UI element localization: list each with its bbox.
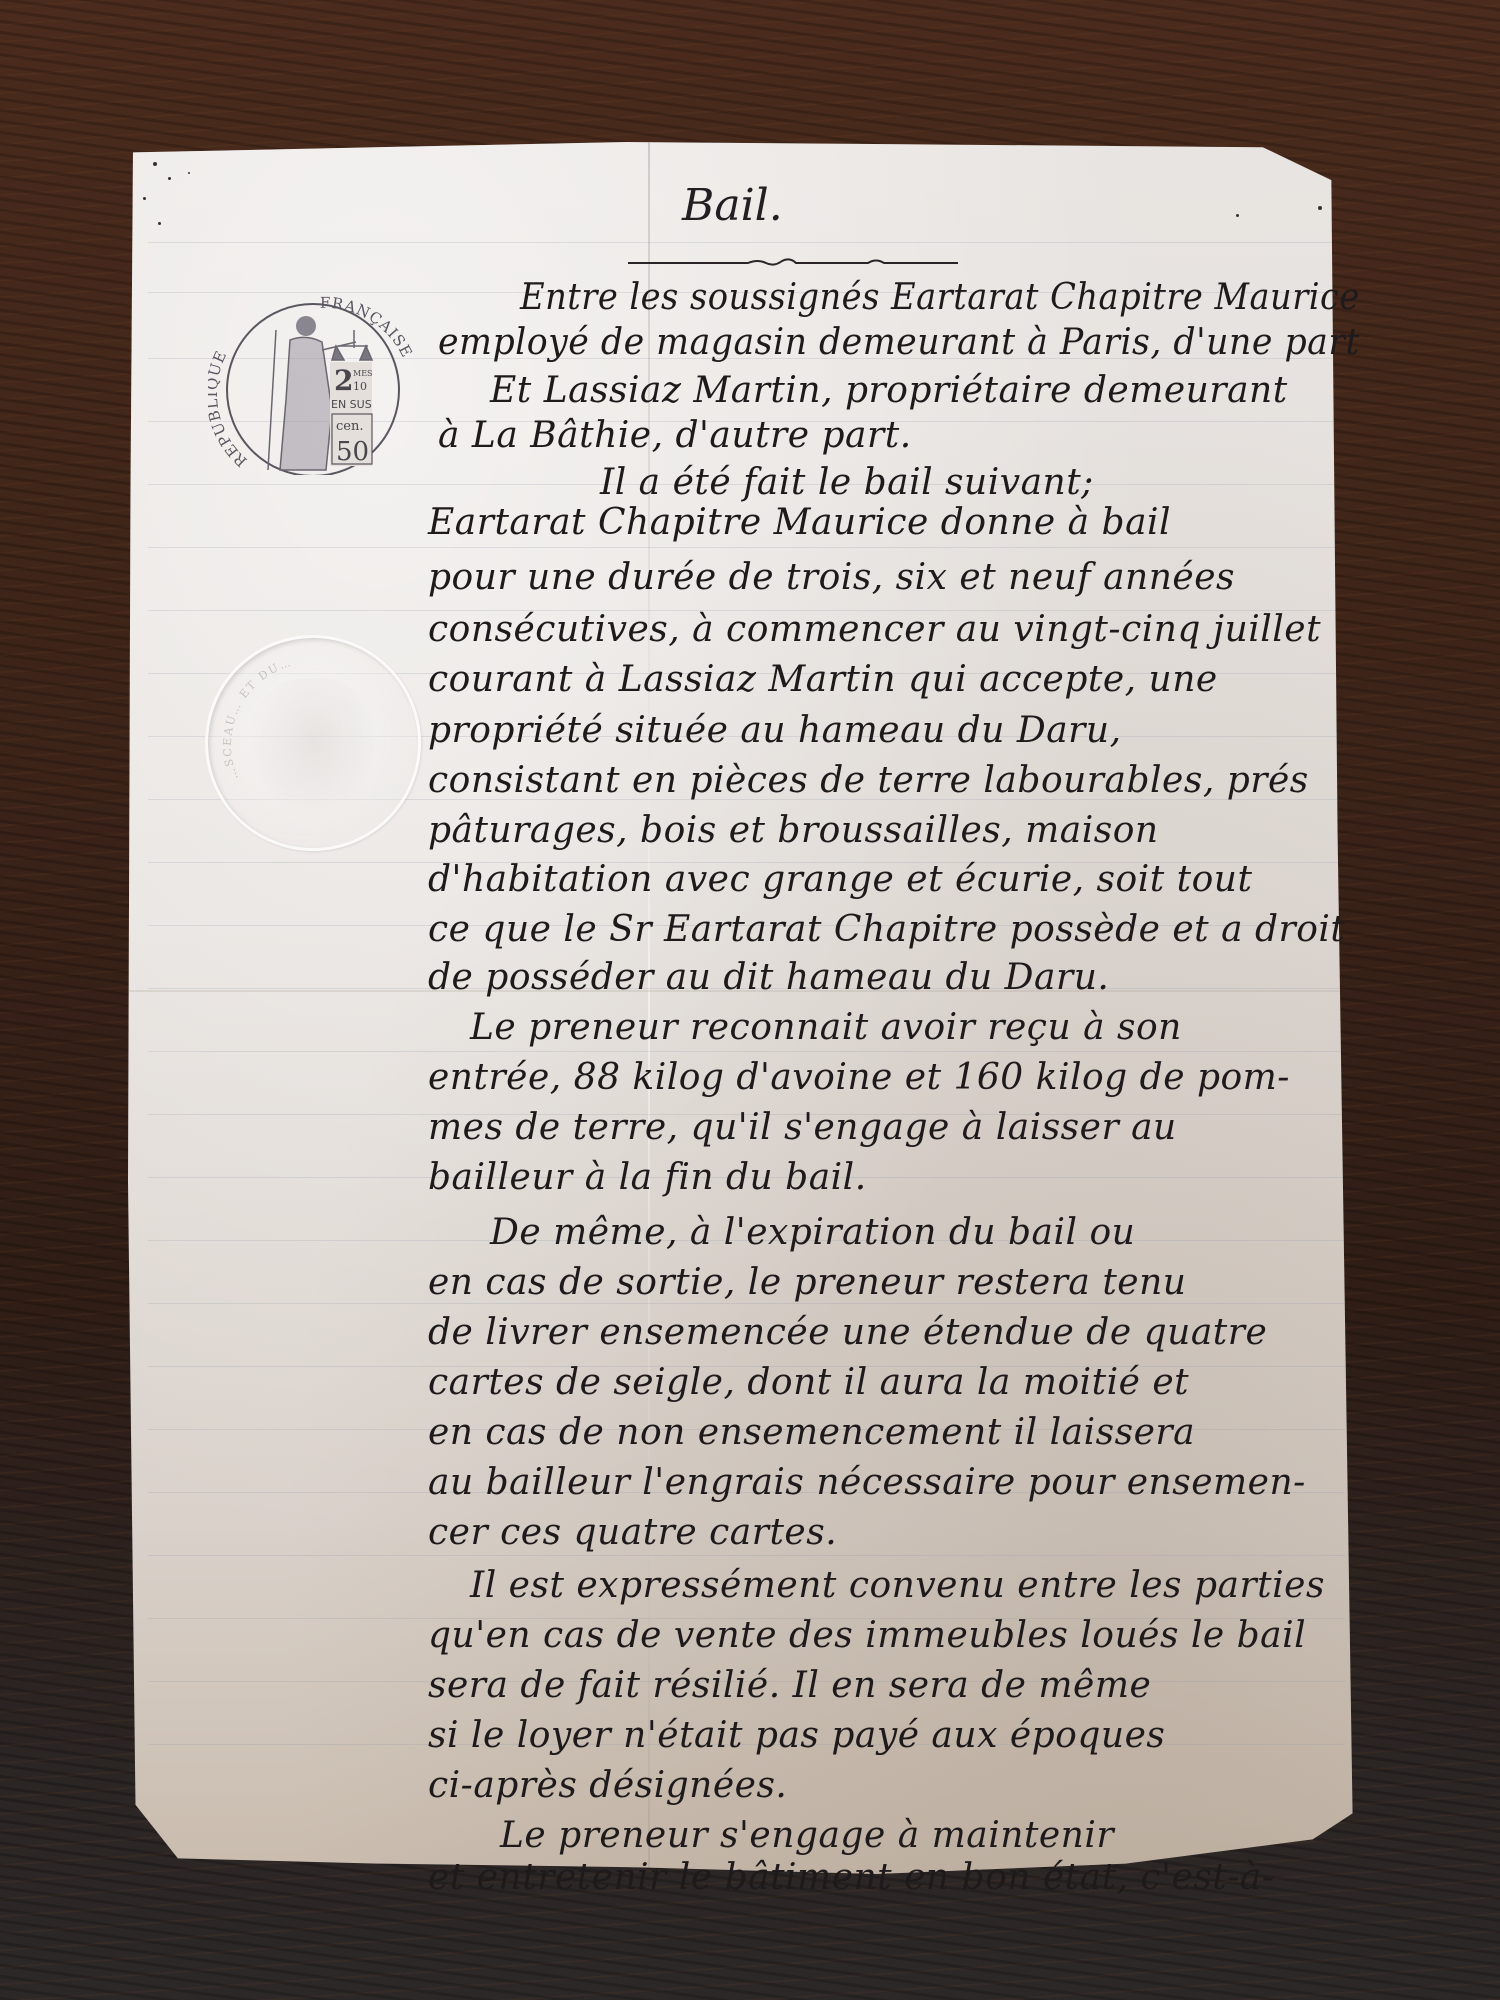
ruled-line xyxy=(148,1051,1345,1052)
stamp-en-sus: EN SUS xyxy=(331,398,372,411)
stamp-value-fraction-top: MES xyxy=(353,369,373,378)
text-line-19: bailleur à la fin du bail. xyxy=(428,1160,867,1196)
text-line-8: consécutives, à commencer au vingt-cinq … xyxy=(428,612,1321,648)
text-line-28: qu'en cas de vente des immeubles loués l… xyxy=(428,1618,1306,1654)
revenue-stamp: REPUBLIQUE FRANÇAISE 2 MES 10 EN SUS cen… xyxy=(208,290,418,475)
text-line-33: et entretenir le bâtiment en bon état, c… xyxy=(428,1860,1275,1896)
text-line-11: consistant en pièces de terre labourable… xyxy=(428,763,1309,799)
ruled-line xyxy=(148,1303,1345,1304)
text-line-6: Eartarat Chapitre Maurice donne à bail xyxy=(428,505,1171,541)
text-line-18: mes de terre, qu'il s'engage à laisser a… xyxy=(428,1110,1177,1146)
text-line-12: pâturages, bois et broussailles, maison xyxy=(428,813,1159,849)
embossed-seal: …SCEAU… ET DU… xyxy=(205,635,421,851)
text-line-14: ce que le Sr Eartarat Chapitre possède e… xyxy=(428,912,1345,948)
text-line-16: Le preneur reconnait avoir reçu à son xyxy=(470,1010,1182,1046)
text-line-1: Entre les soussignés Eartarat Chapitre M… xyxy=(520,280,1360,316)
text-line-13: d'habitation avec grange et écurie, soit… xyxy=(428,862,1252,898)
text-line-17: entrée, 88 kilog d'avoine et 160 kilog d… xyxy=(428,1060,1290,1096)
ruled-line xyxy=(148,1555,1345,1556)
text-line-26: cer ces quatre cartes. xyxy=(428,1515,837,1551)
text-line-10: propriété située au hameau du Daru, xyxy=(428,713,1122,749)
text-line-4: à La Bâthie, d'autre part. xyxy=(438,418,912,454)
stamp-cen-value: 50 xyxy=(336,437,369,467)
text-line-9: courant à Lassiaz Martin qui accepte, un… xyxy=(428,662,1218,698)
ruled-line xyxy=(148,242,1345,243)
stamp-cen-label: cen. xyxy=(336,419,363,434)
text-line-27: Il est expressément convenu entre les pa… xyxy=(470,1568,1325,1604)
text-line-29: sera de fait résilié. Il en sera de même xyxy=(428,1668,1151,1704)
svg-text:…SCEAU… ET DU…: …SCEAU… ET DU… xyxy=(221,656,294,782)
text-line-22: de livrer ensemencée une étendue de quat… xyxy=(428,1315,1267,1351)
text-line-21: en cas de sortie, le preneur restera ten… xyxy=(428,1265,1186,1301)
text-line-20: De même, à l'expiration du bail ou xyxy=(490,1215,1135,1251)
text-line-30: si le loyer n'était pas payé aux époques xyxy=(428,1718,1165,1754)
text-line-7: pour une durée de trois, six et neuf ann… xyxy=(428,560,1235,596)
text-line-5: Il a été fait le bail suivant; xyxy=(600,465,1094,501)
text-line-24: en cas de non ensemencement il laissera xyxy=(428,1415,1195,1451)
document-title: Bail. xyxy=(682,180,783,231)
text-line-23: cartes de seigle, dont il aura la moitié… xyxy=(428,1365,1189,1401)
text-line-31: ci-après désignées. xyxy=(428,1768,787,1804)
text-line-32: Le preneur s'engage à maintenir xyxy=(500,1818,1114,1854)
stamp-value-fraction-bottom: 10 xyxy=(353,380,367,393)
text-line-15: de posséder au dit hameau du Daru. xyxy=(428,960,1109,996)
ruled-line xyxy=(148,547,1345,548)
seal-text-right: ET DU… xyxy=(237,656,294,701)
text-line-25: au bailleur l'engrais nécessaire pour en… xyxy=(428,1465,1306,1501)
stamp-value-main: 2 xyxy=(334,364,353,397)
text-line-2: employé de magasin demeurant à Paris, d'… xyxy=(438,325,1360,361)
title-flourish-underline xyxy=(628,255,958,269)
seal-text-left: …SCEAU… xyxy=(221,699,245,781)
text-line-3: Et Lassiaz Martin, propriétaire demeuran… xyxy=(490,373,1288,409)
